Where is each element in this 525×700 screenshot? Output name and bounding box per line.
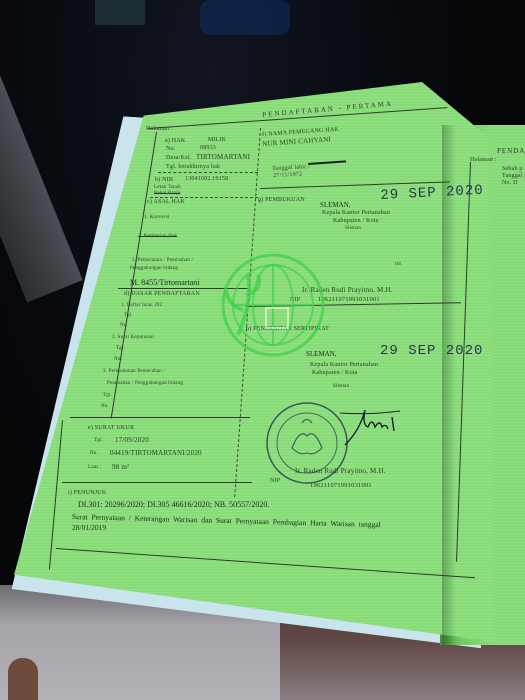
pembukuan-office: Kepala Kantor Pertanahan bbox=[322, 210, 390, 216]
pembukuan-title: g) PEMBUKUAN bbox=[258, 197, 305, 203]
penerbitan-office: Kepala Kantor Pertanahan bbox=[310, 362, 378, 368]
row-divider bbox=[150, 197, 258, 198]
dasar-item-3-tgl: Tgl. bbox=[103, 393, 112, 398]
penerbitan-district: Kabupaten / Kota bbox=[312, 370, 358, 376]
penunjuk-title: i) PENUNJUK bbox=[68, 490, 106, 496]
row-divider bbox=[158, 172, 258, 173]
surat-ukur-tgl-value: 17/09/2020 bbox=[115, 436, 149, 444]
dasar-pendaftaran-title: d) DASAR PENDAFTARAN bbox=[124, 291, 200, 297]
right-page-header: PENDAF bbox=[497, 147, 525, 155]
background-blue-object bbox=[200, 0, 290, 35]
penerbitan-date-stamp: 29 SEP 2020 bbox=[380, 343, 483, 359]
surat-ukur-luas-value: 98 m² bbox=[112, 463, 129, 471]
asal-hak-title: c) ASAL HAK bbox=[147, 199, 185, 205]
dasar-item-3a: 3. Permohonan Pemecahan / bbox=[103, 369, 165, 374]
dasar-item-3-no: No. bbox=[101, 404, 109, 409]
dasar-item-2-tgl: Tgl. bbox=[116, 346, 125, 351]
surat-ukur-no-value: 04419/TIRTOMARTANI/2020 bbox=[110, 449, 202, 457]
tgl-berakhir-label: Tgl. berakhirnya hak bbox=[166, 164, 220, 170]
dasar-item-3b: Pemisahan / Penggabungan bidang bbox=[107, 381, 183, 386]
asal-hak-item-2: 2. Pemberian Hak bbox=[138, 234, 177, 239]
nib-label: b) NIB bbox=[155, 177, 173, 183]
asal-hak-item-3a: 3. Pemecahan / Pemisahan / bbox=[132, 258, 193, 263]
surat-ukur-no-label: No. bbox=[90, 451, 98, 456]
desa-value: TIRTOMARTANI bbox=[196, 153, 250, 161]
background-screen bbox=[95, 0, 145, 25]
book-gutter bbox=[442, 125, 456, 645]
asal-hak-item-3b: Penggabungan bidang bbox=[130, 266, 178, 271]
hak-value: MILIK bbox=[208, 137, 226, 143]
row-divider bbox=[62, 482, 252, 483]
letak-label: Letak Tanah bbox=[154, 185, 181, 190]
no-label: No. bbox=[166, 146, 175, 152]
dasar-item-2-no: No. bbox=[114, 357, 122, 362]
pembukuan-city: SLEMAN, bbox=[320, 201, 351, 209]
right-page-line: Sebab p bbox=[502, 166, 523, 172]
dasar-item-1: 1. Daftar Isian 202 bbox=[121, 303, 162, 308]
penerbitan-region: Sleman bbox=[333, 384, 349, 389]
penunjuk-line-3: 28/01/2019 bbox=[72, 523, 106, 532]
dasar-item-2: 2. Surat Keputusan bbox=[112, 335, 154, 340]
surat-ukur-title: e) SURAT UKUR bbox=[88, 425, 134, 431]
asal-hak-item-1: 1. Konversi bbox=[144, 215, 170, 220]
right-page-halaman: Halaman : bbox=[470, 157, 497, 163]
pembukuan-region: Sleman bbox=[345, 226, 361, 231]
dasar-item-1-no: No. bbox=[120, 323, 128, 328]
letak-value: Bekel Brojo bbox=[154, 191, 181, 196]
surat-ukur-luas-label: Luas : bbox=[88, 465, 102, 470]
pembukuan-district: Kabupaten / Kota bbox=[333, 218, 379, 224]
row-divider bbox=[70, 417, 250, 418]
no-value: 08933 bbox=[200, 145, 216, 151]
right-page-line: Tanggal p bbox=[502, 173, 525, 179]
dasar-item-1-tgl: Tgl. bbox=[124, 313, 133, 318]
desa-label: Desa/Kel. bbox=[166, 155, 192, 161]
surat-ukur-tgl-label: Tgl. bbox=[94, 438, 103, 443]
penunjuk-line-1: DI.301: 20296/2020; DI.305 46616/2020; N… bbox=[78, 500, 269, 509]
asal-hak-value: M. 8455/Tirtomartani bbox=[130, 278, 199, 287]
signature bbox=[340, 405, 410, 450]
halaman-label: Halaman : bbox=[146, 126, 173, 132]
nib-value: 13041002.10158 bbox=[185, 176, 228, 182]
finger bbox=[8, 658, 38, 700]
right-page-line: No. D bbox=[502, 180, 518, 186]
ttd-mark: ttd bbox=[395, 262, 401, 267]
watermark-logo bbox=[218, 250, 328, 360]
hak-label: a) HAK bbox=[165, 138, 185, 144]
